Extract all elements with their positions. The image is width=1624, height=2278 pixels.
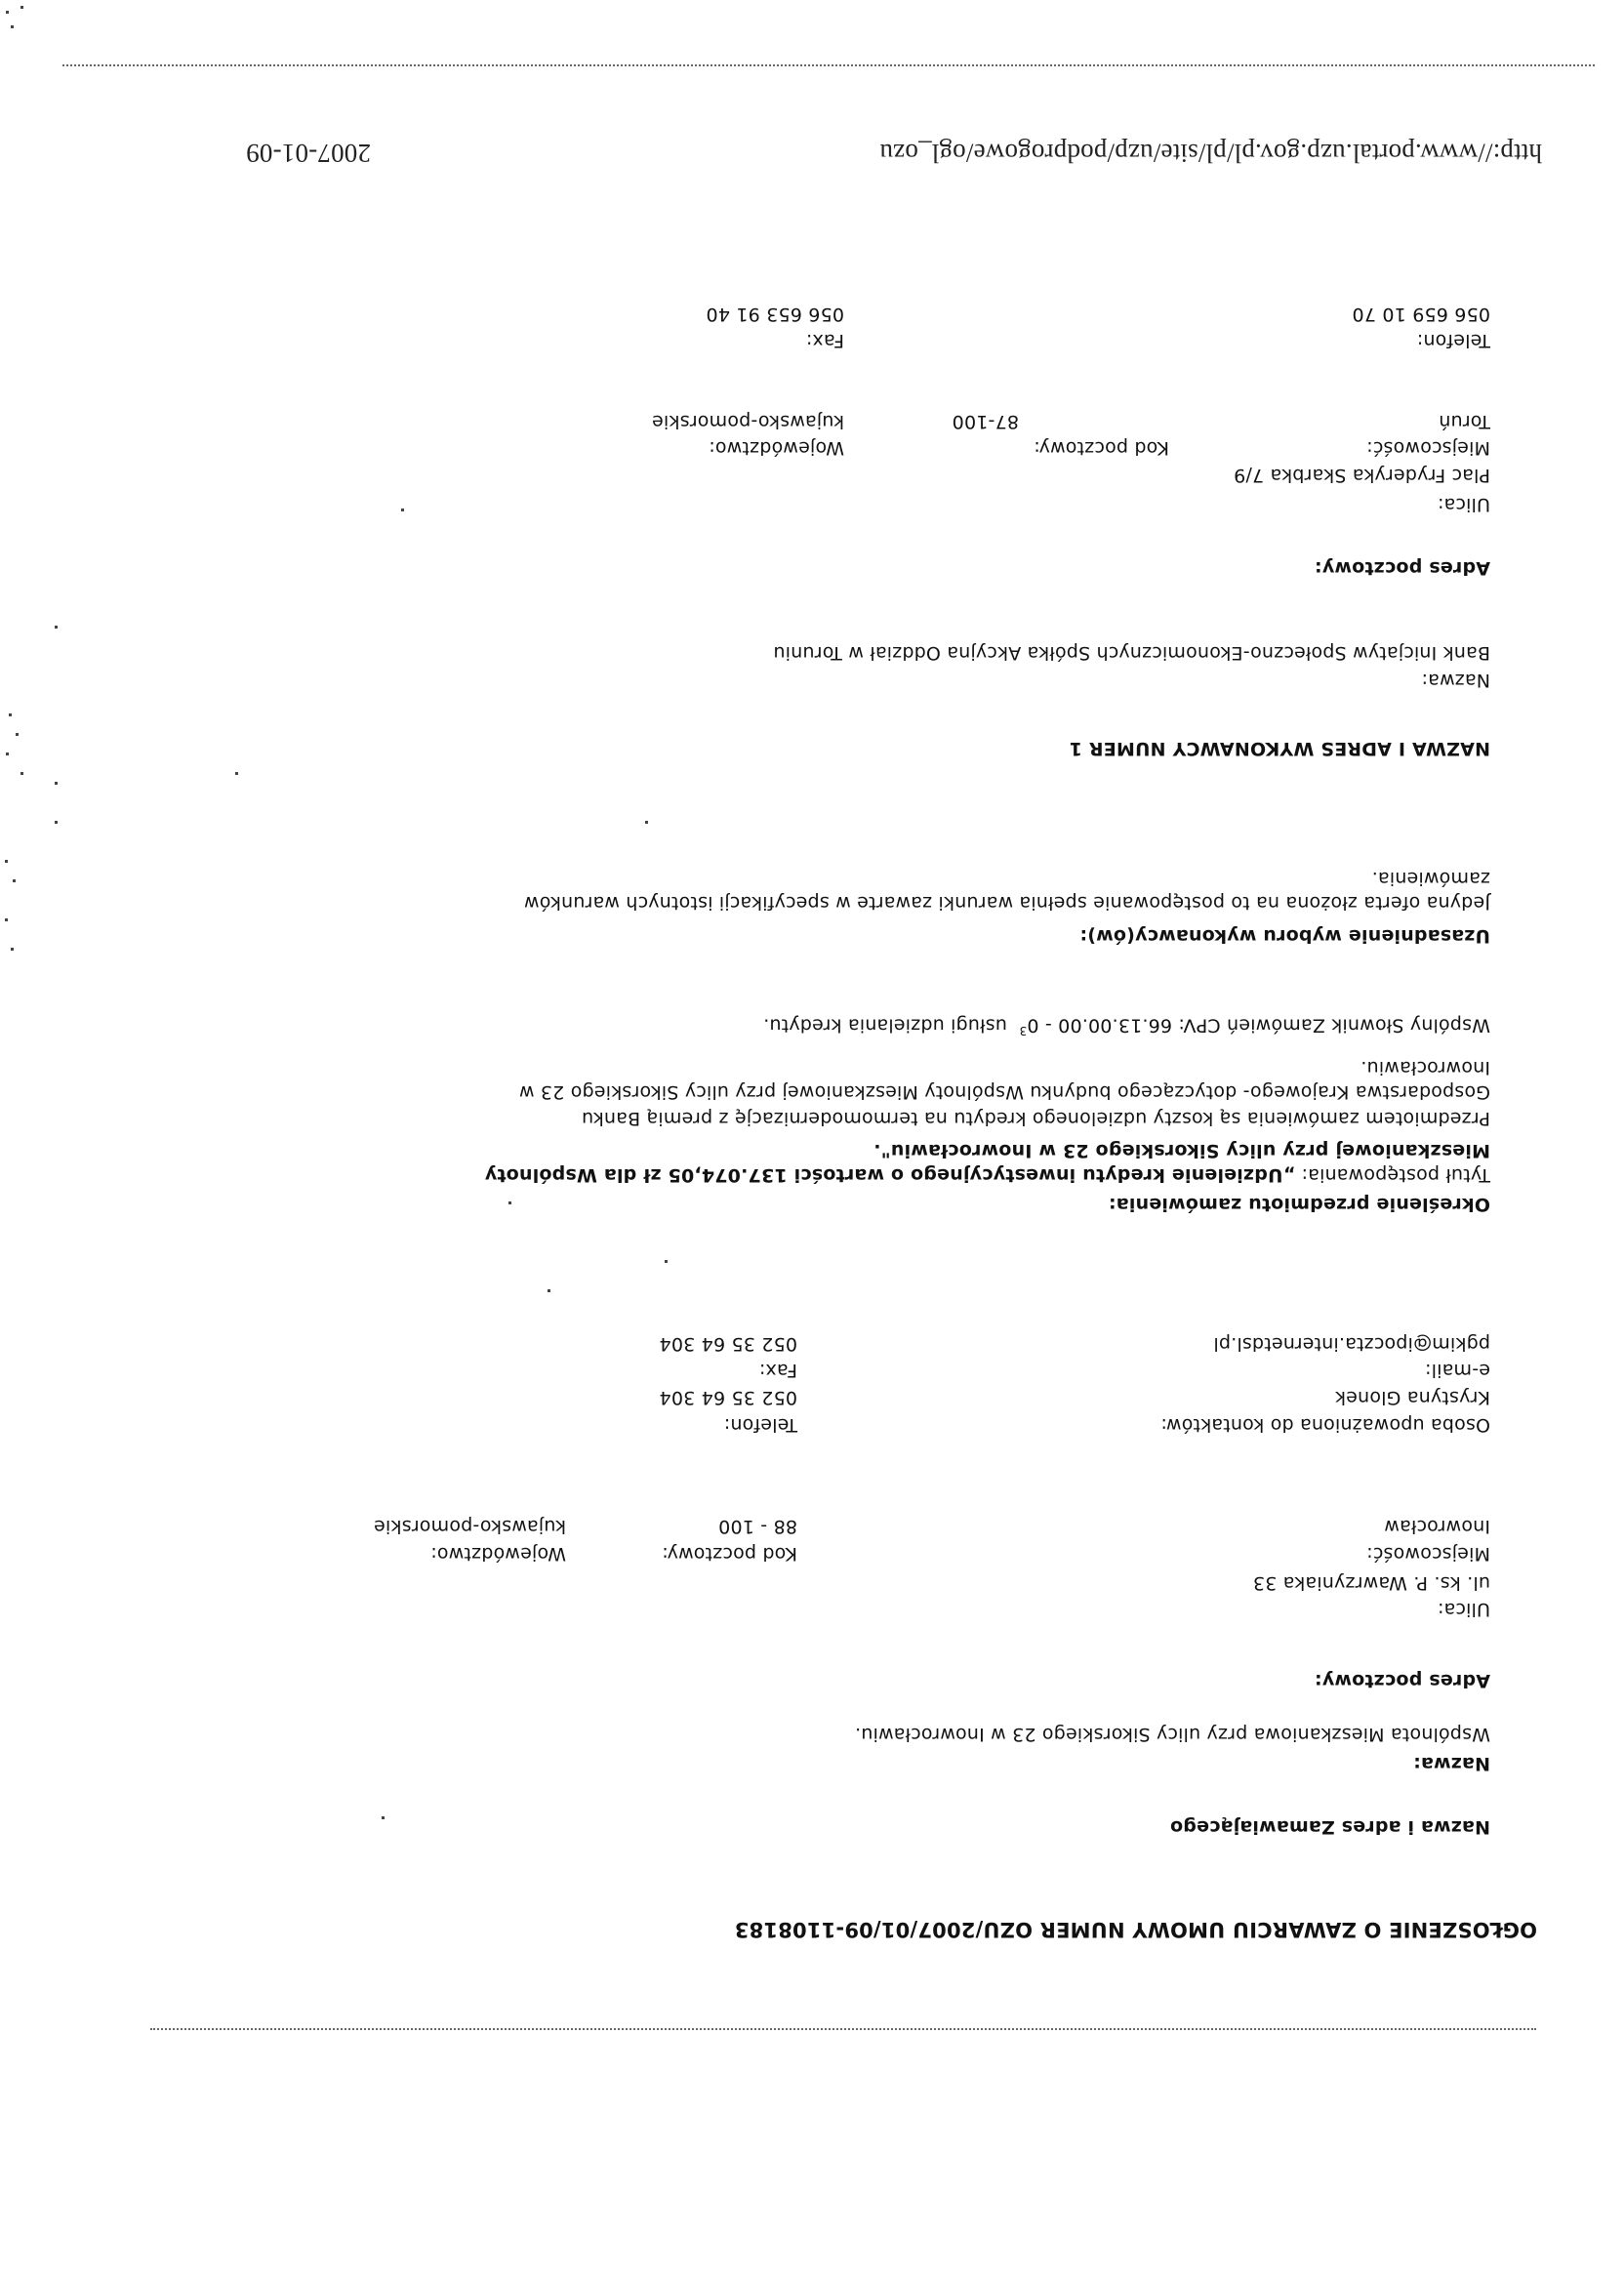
cpv-code: Wspólny Słownik Zamówień CPV: 66.13.00.0… [1027,1015,1490,1037]
authority-city: Inowrocław [1384,1515,1490,1538]
subject-desc-line1: Przedmiotem zamówienia są koszty udzielo… [582,1107,1490,1130]
authority-heading: Nazwa i adres Zamawiającego [1170,1815,1490,1839]
contractor-address-heading: Adres pocztowy: [1315,556,1490,580]
contractor-city: Toruń [1439,410,1490,433]
scan-speck [665,1260,668,1263]
authority-phone-label: Telefon: [724,1413,797,1437]
authority-phone: 052 35 64 304 [659,1386,797,1409]
authority-email-label: e-mail: [1425,1359,1490,1382]
scan-speck [20,772,23,775]
scan-speck [548,1289,550,1292]
scan-speck [5,918,8,921]
scan-speck [55,626,58,629]
scan-speck [11,948,14,951]
contractor-city-label: Miejscowość: [1366,436,1490,460]
scan-speck [508,1201,511,1204]
authority-city-label: Miejscowość: [1366,1542,1490,1566]
authority-name: Wspólnota Mieszkaniowa przy ulicy Sikors… [855,1723,1490,1746]
scan-speck [55,782,58,785]
contractor-phone-label: Telefon: [1417,329,1490,352]
scan-speck [20,6,23,9]
scan-speck [401,508,404,511]
authority-fax: 052 35 64 304 [659,1332,797,1356]
contractor-phone: 056 659 10 70 [1352,303,1490,326]
contractor-fax-label: Fax: [806,329,844,352]
scan-speck [9,713,12,716]
cpv-description: usługi udzielania kredytu. [763,1015,1019,1037]
authority-email[interactable]: pgkim@ipoczta.internetdsl.pl [1213,1332,1490,1356]
subject-cpv: Wspólny Słownik Zamówień CPV: 66.13.00.0… [763,1014,1490,1042]
contractor-region: kujawsko-pomorskie [652,410,844,433]
document-title: OGŁOSZENIE O ZAWARCIU UMOWY NUMER OZU/20… [735,1918,1537,1941]
footer-date: 2007-01-09 [246,142,371,165]
justification-line2: zamówienia. [1372,867,1490,890]
contractor-name-label: Nazwa: [1421,669,1490,692]
subject-desc-line2: Gospodarstwa Krajowego- dotyczącego budy… [519,1080,1490,1104]
cpv-sup: 3 [1019,1024,1027,1037]
authority-name-label: Nazwa: [1413,1752,1490,1775]
authority-contact-label: Osoba upoważniona do kontaktów: [1160,1413,1490,1437]
contractor-region-label: Województwo: [709,436,844,460]
footer-url[interactable]: http://www.portal.uzp.gov.pl/pl/site/uzp… [879,142,1542,165]
scan-speck [16,733,19,736]
scan-speck [382,1816,385,1819]
scanned-page: OGŁOSZENIE O ZAWARCIU UMOWY NUMER OZU/20… [0,0,1624,2278]
scan-speck [235,772,238,775]
scan-speck [6,11,9,14]
authority-address-heading: Adres pocztowy: [1315,1669,1490,1692]
scan-speck [13,879,16,882]
authority-postal-label: Kod pocztowy: [662,1542,797,1566]
contractor-postal-label: Kod pocztowy: [1034,436,1169,460]
justification-heading: Uzasadnienie wyboru wykonawcy(ów): [1079,924,1490,948]
authority-street-label: Ulica: [1438,1598,1490,1621]
contractor-street-label: Ulica: [1438,493,1490,516]
contractor-fax: 056 653 91 40 [706,303,844,326]
authority-region-label: Województwo: [430,1542,566,1566]
scan-speck [55,821,58,824]
subject-title-text: „Udzielenie kredytu inwestycyjnego o war… [485,1164,1296,1186]
subject-title-line1: Tytuł postępowania: „Udzielenie kredytu … [485,1163,1490,1187]
scan-speck [5,860,8,863]
scan-speck [645,821,648,824]
authority-street: ul. ks. P. Wawrzyniaka 33 [1253,1571,1490,1595]
contractor-street: Plac Fryderyka Skarbka 7/9 [1234,464,1490,487]
contractor-postal: 87-100 [953,410,1020,433]
justification-line1: Jedyna oferta złożona na to postępowanie… [524,891,1490,915]
scan-speck [6,753,9,755]
authority-postal: 88 - 100 [718,1515,797,1538]
subject-desc-line3: Inowrocławiu. [1360,1056,1490,1079]
separator-top [150,2028,1536,2030]
authority-fax-label: Fax: [759,1359,797,1382]
subject-title-prefix: Tytuł postępowania: [1295,1164,1490,1186]
subject-heading: Określenie przedmiotu zamówienia: [1109,1193,1490,1216]
contractor-heading: NAZWA I ADRES WYKONAWCY NUMER 1 [1069,737,1490,760]
separator-bottom [62,64,1595,66]
subject-title-line2: Mieszkaniowej przy ulicy Sikorskiego 23 … [873,1139,1490,1162]
authority-region: kujawsko-pomorskie [374,1515,566,1538]
authority-contact: Krystyna Glonek [1335,1386,1490,1409]
scan-speck [11,25,14,28]
contractor-name: Bank Inicjatyw Społeczno-Ekonomicznych S… [773,641,1490,665]
